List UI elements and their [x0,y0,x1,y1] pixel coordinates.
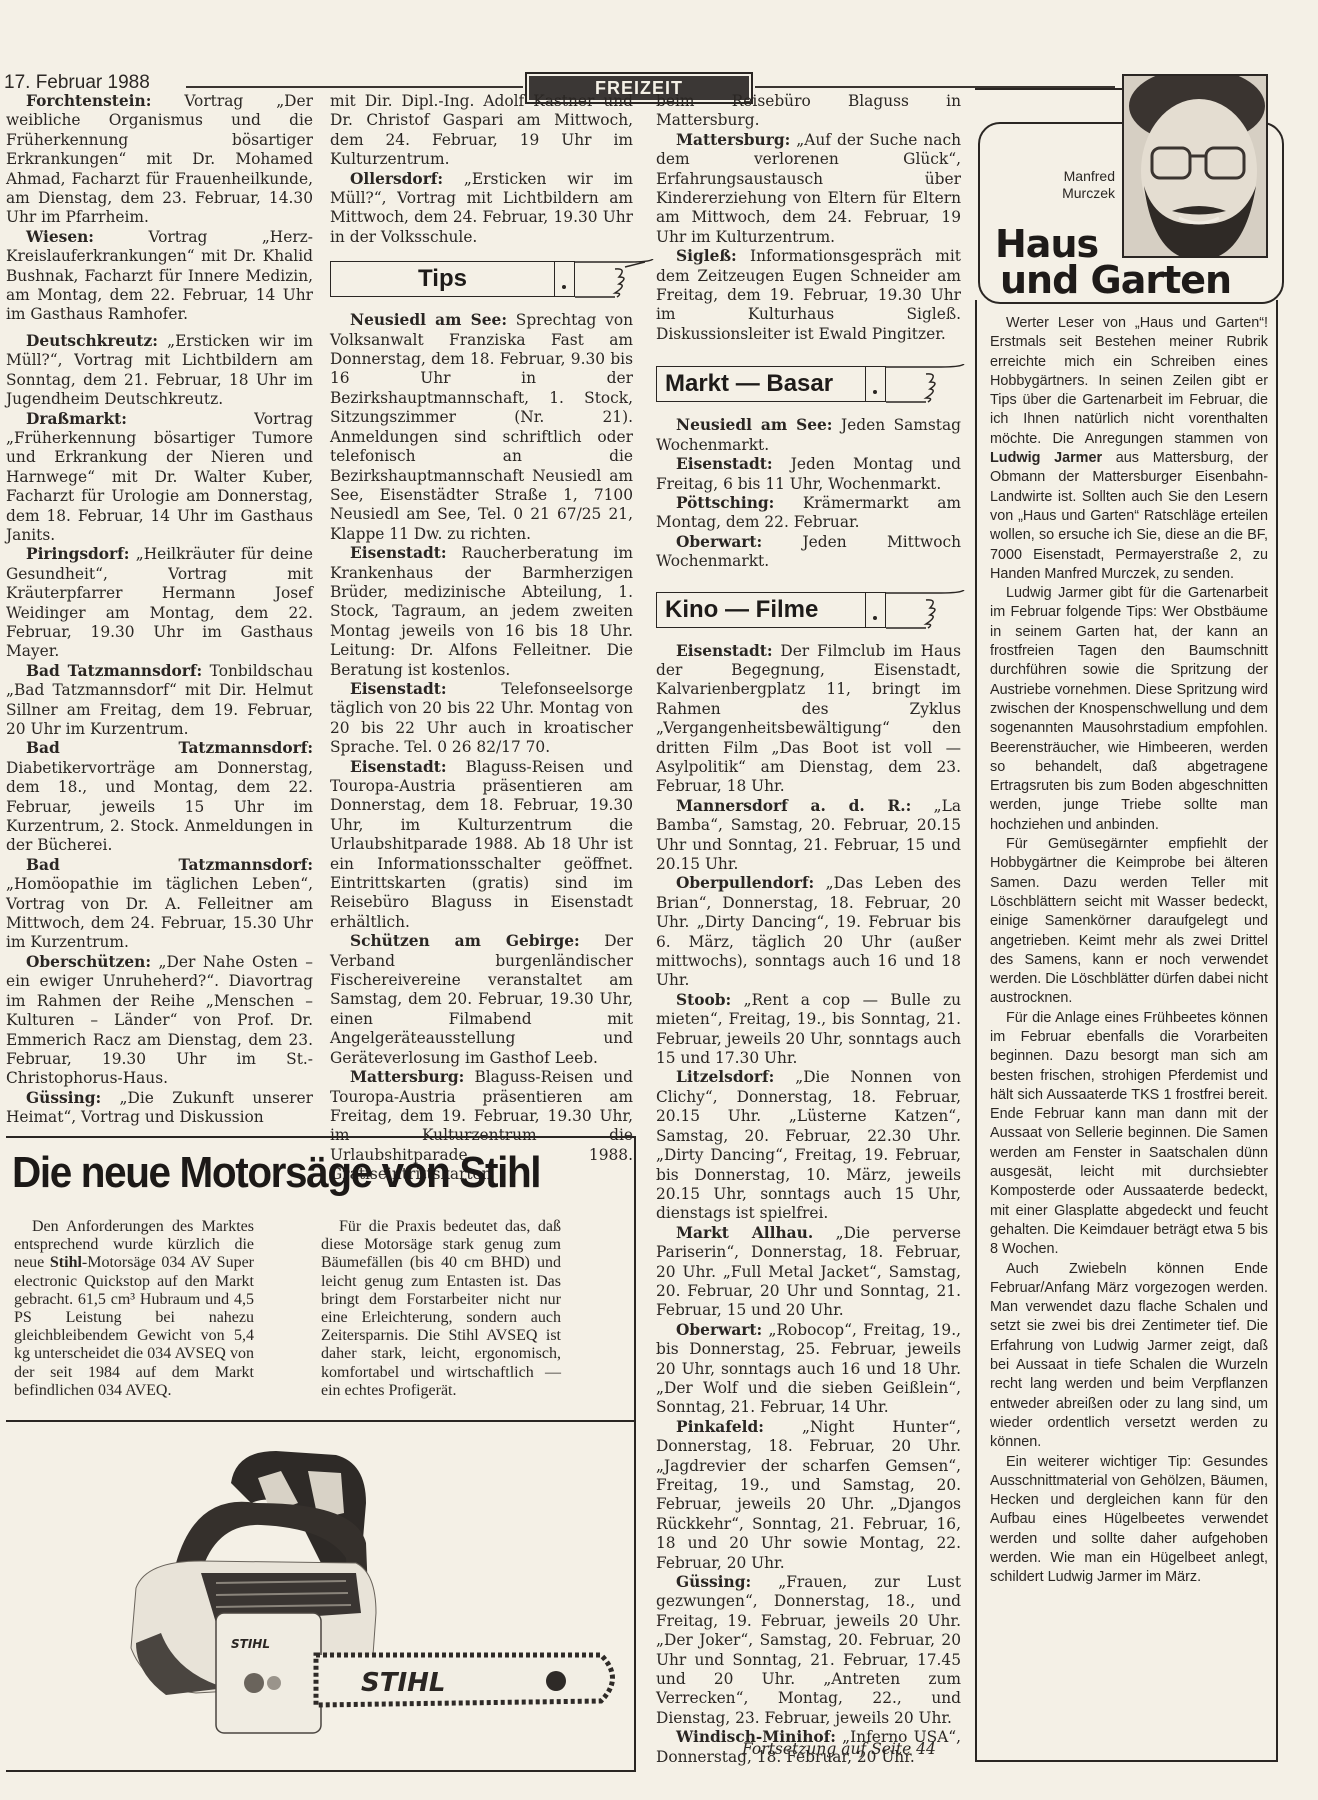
kino-section-header: Kino — Filme [656,590,961,630]
entry: Eisenstadt: Telefonseelsorge täglich von… [330,680,633,758]
markt-title: Markt — Basar [656,366,866,402]
paragraph: Werter Leser von „Haus und Garten“! Erst… [990,314,1268,584]
entry: Eisenstadt: Raucherberatung im Krankenha… [330,544,633,680]
entry: Bad Tatzmannsdorf: Tonbildschau „Bad Tat… [6,662,313,740]
entry: Oberschützen: „Der Nahe Osten – ein ewig… [6,953,313,1089]
column-veranstaltungen: Forchtenstein: Vortrag „Der weibliche Or… [6,92,313,1128]
entry: Eisenstadt: Blaguss-Reisen und Touropa-A… [330,758,633,933]
stihl-advertisement: Die neue Motorsäge von Stihl Den Anforde… [6,1136,636,1772]
portrait-image [1124,76,1268,258]
entry: Pöttsching: Krämermarkt am Montag, dem 2… [656,494,961,533]
entry: Pinkafeld: „Night Hunter“, Donnerstag, 1… [656,1418,961,1573]
column-title-line2: und Garten [1000,258,1231,302]
entry: Eisenstadt: Der Filmclub im Haus der Beg… [656,642,961,797]
header-rule-left [186,86,523,88]
entry: Bad Tatzmannsdorf: „Homöopathie im tägli… [6,856,313,953]
entry: Litzelsdorf: „Die Nonnen von Clichy“, Do… [656,1068,961,1223]
entry: Mattersburg: „Auf der Suche nach dem ver… [656,131,961,247]
entry: Güssing: „Die Zukunft unserer Heimat“, V… [6,1089,313,1128]
continuation-text: mit Dir. Dipl.-Ing. Adolf Kastner und Dr… [330,92,633,170]
column-tips: mit Dir. Dipl.-Ing. Adolf Kastner und Dr… [330,92,633,1185]
issue-date: 17. Februar 1988 [4,72,150,94]
entry: Mannersdorf a. d. R.: „La Bamba“, Samsta… [656,797,961,875]
entry: Forchtenstein: Vortrag „Der weibliche Or… [6,92,313,228]
continuation-text: beim Reisebüro Blaguss in Mattersburg. [656,92,961,131]
entry: Neusiedl am See: Sprechtag von Volksanwa… [330,311,633,544]
haus-garten-article: Werter Leser von „Haus und Garten“! Erst… [990,314,1268,1588]
dot-box [555,261,575,297]
kino-title: Kino — Filme [656,592,866,628]
pointing-hand-icon [886,590,966,630]
hg-top-rule [975,88,1125,90]
column-markt-kino: beim Reisebüro Blaguss in Mattersburg. M… [656,92,961,1767]
author-name: Manfred Murczek [1030,168,1115,202]
entry: Güssing: „Frauen, zur Lust gezwungen“, D… [656,1573,961,1728]
entry: Ollersdorf: „Ersticken wir im Müll?“, Vo… [330,170,633,248]
newspaper-page: 17. Februar 1988 FREIZEIT Forchtenstein:… [0,0,1318,1800]
markt-section-header: Markt — Basar [656,364,961,404]
entry: Neusiedl am See: Jeden Samstag Wochenmar… [656,416,961,455]
brand-logo-bar: STIHL [361,1668,445,1698]
entry: Stoob: „Rent a cop — Bulle zu mieten“, F… [656,991,961,1069]
tips-section-header: Tips [330,259,633,299]
paragraph: Für Gemüsegärnter empfiehlt der Hobbygär… [990,835,1268,1009]
pointing-hand-icon [575,259,655,299]
entry: Oberwart: Jeden Mittwoch Wochenmarkt. [656,533,961,572]
ad-text-col2: Für die Praxis bedeutet das, daß diese M… [321,1218,561,1400]
tips-title: Tips [330,261,555,297]
entry: Oberpullendorf: „Das Leben des Brian“, D… [656,874,961,990]
paragraph: Ludwig Jarmer gibt für die Gartenarbeit … [990,584,1268,835]
brand-logo-small: STIHL [231,1637,270,1651]
entry: Schützen am Gebirge: Der Verband burgenl… [330,932,633,1068]
entry: Piringsdorf: „Heilkräuter für deine Gesu… [6,545,313,661]
entry: Draßmarkt: Vortrag „Früherkennung bösart… [6,410,313,546]
ad-divider [6,1420,634,1422]
entry: Oberwart: „Robocop“, Freitag, 19., bis D… [656,1321,961,1418]
dot-box [866,592,886,628]
ad-text-col1: Den Anforderungen des Marktes entspreche… [14,1218,254,1400]
ad-headline: Die neue Motorsäge von Stihl [12,1148,540,1198]
entry: Bad Tatzmannsdorf: Diabetikervorträge am… [6,739,313,855]
dot-box [866,366,886,402]
entry: Sigleß: Informationsgespräch mit dem Zei… [656,247,961,344]
entry: Markt Allhau. „Die perverse Pariserin“, … [656,1224,961,1321]
author-portrait [1122,74,1268,258]
paragraph: Auch Zwiebeln können Ende Februar/Anfang… [990,1260,1268,1453]
entry: Eisenstadt: Jeden Montag und Freitag, 6 … [656,455,961,494]
continued-on-page: Fortsetzung auf Seite 44 [742,1740,936,1758]
entry: Deutschkreutz: „Ersticken wir im Müll?“,… [6,332,313,410]
pointing-hand-icon [886,364,966,404]
entry: Wiesen: Vortrag „Herz-Kreislauferkrankun… [6,228,313,325]
paragraph: Für die Anlage eines Frühbeetes können i… [990,1009,1268,1260]
paragraph: Ein weiterer wichtiger Tip: Gesundes Aus… [990,1453,1268,1588]
chainsaw-image: STIHL STIHL [26,1433,626,1763]
